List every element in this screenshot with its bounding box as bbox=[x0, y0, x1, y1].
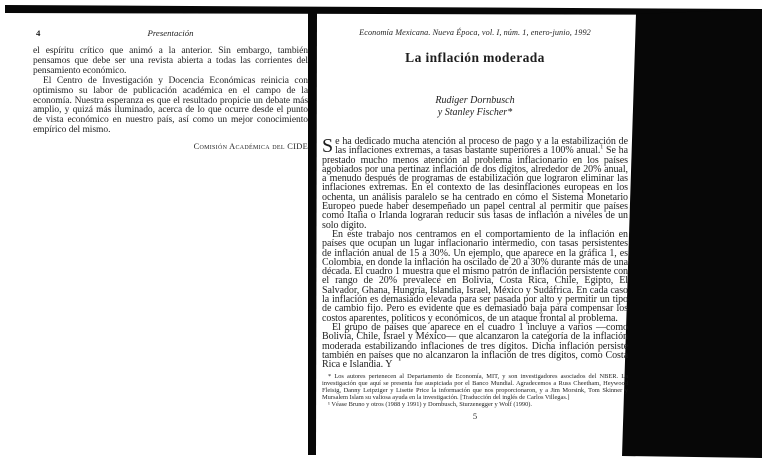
left-page: 4 Presentación el espíritu crítico que a… bbox=[33, 28, 308, 151]
article-title: La inflación moderada bbox=[322, 50, 628, 66]
author-name-2: y Stanley Fischer* bbox=[322, 107, 628, 119]
page-edge-shadow bbox=[622, 9, 762, 458]
author-name-1: Rudiger Dornbusch bbox=[322, 95, 628, 107]
article-body: Se ha dedicado mucha atención al proceso… bbox=[322, 137, 628, 369]
paragraph-1-continuation: Se ha prestado mucho menos atención al p… bbox=[322, 145, 628, 230]
journal-line: Economía Mexicana. Nueva Época, vol. I, … bbox=[322, 28, 628, 37]
dropcap-letter: S bbox=[322, 137, 335, 155]
footnote-asterisk: * Los autores pertenecen al Departamento… bbox=[322, 373, 628, 401]
left-page-body: el espíritu crítico que animó a la anter… bbox=[33, 47, 308, 136]
footnote-1: ¹ Véase Bruno y otros (1988 y 1991) y Do… bbox=[322, 401, 628, 408]
left-body-paragraph-1: el espíritu crítico que animó a la anter… bbox=[33, 47, 308, 77]
left-page-header: 4 Presentación bbox=[33, 28, 308, 41]
left-running-head: Presentación bbox=[33, 28, 308, 38]
left-signature: Comisión Académica del CIDE bbox=[33, 142, 308, 151]
right-page: Economía Mexicana. Nueva Época, vol. I, … bbox=[322, 28, 628, 421]
book-scan: 4 Presentación el espíritu crítico que a… bbox=[0, 0, 768, 466]
body-paragraph-3: El grupo de países que aparece en el cua… bbox=[322, 323, 628, 369]
left-body-paragraph-2: El Centro de Investigación y Docencia Ec… bbox=[33, 77, 308, 136]
footnote-block: * Los autores pertenecen al Departamento… bbox=[322, 373, 628, 408]
body-paragraph-1: Se ha dedicado mucha atención al proceso… bbox=[322, 137, 628, 230]
author-block: Rudiger Dornbusch y Stanley Fischer* bbox=[322, 95, 628, 118]
top-edge-mark bbox=[5, 5, 762, 15]
right-page-number: 5 bbox=[322, 411, 628, 421]
paragraph-1-text: e ha dedicado mucha atención al proceso … bbox=[335, 136, 628, 156]
body-paragraph-2: En este trabajo nos centramos en el comp… bbox=[322, 230, 628, 323]
left-page-number: 4 bbox=[36, 28, 40, 38]
gutter-shadow bbox=[308, 12, 317, 455]
